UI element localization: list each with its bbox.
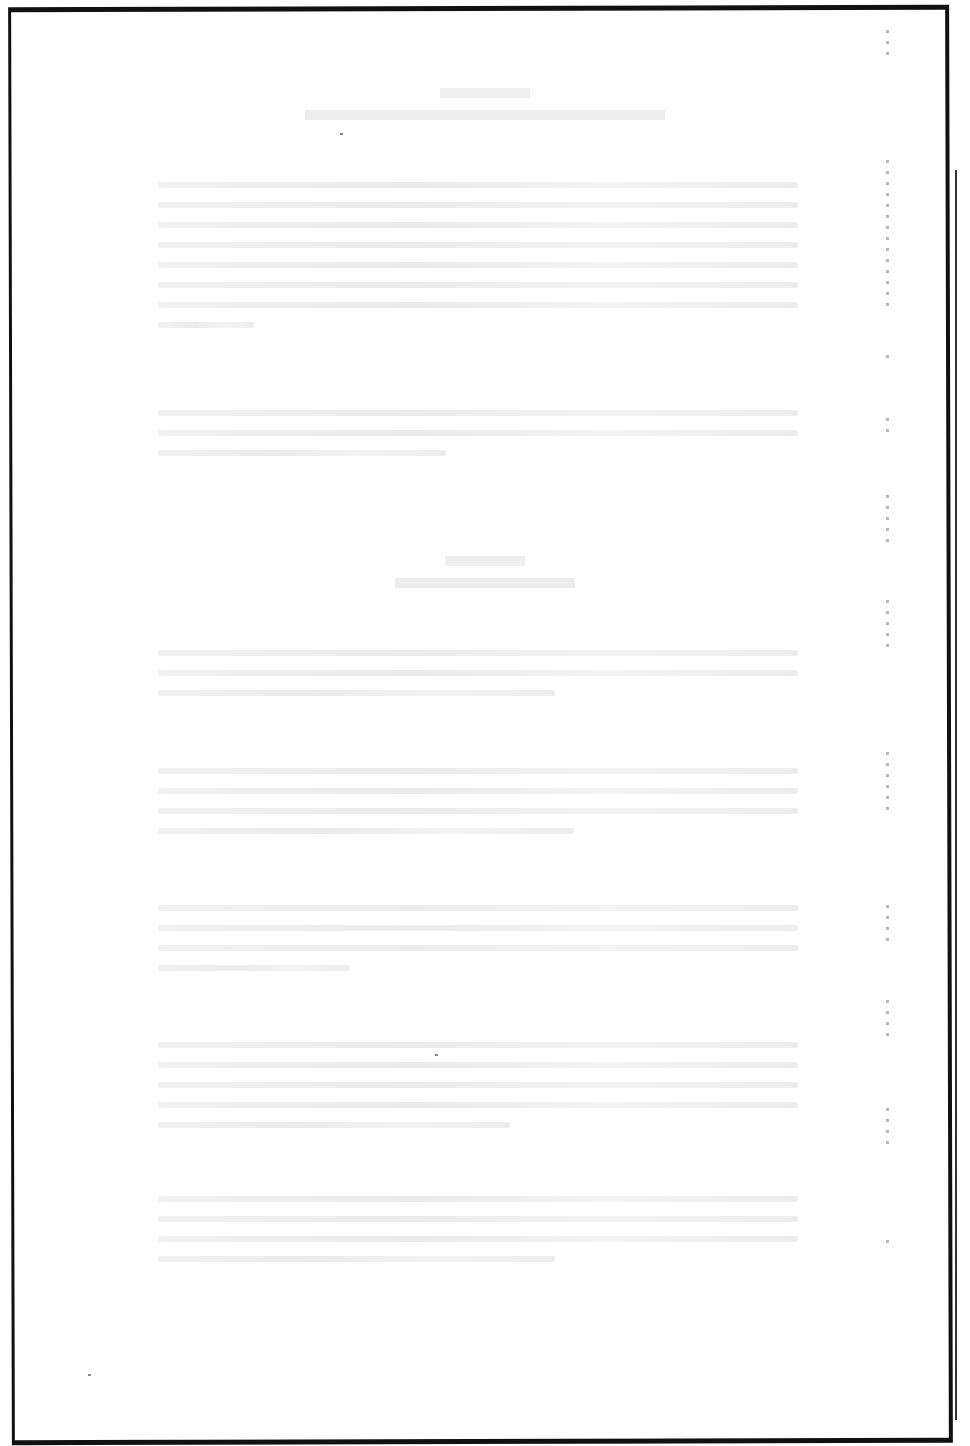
scan-speck [88, 1374, 91, 1376]
scan-speck [340, 133, 343, 135]
margin-marks [886, 495, 890, 550]
binding-edge [955, 170, 957, 1420]
paragraph [158, 650, 798, 710]
section-1-heading [0, 88, 970, 120]
margin-marks [886, 1108, 890, 1152]
margin-marks [886, 418, 890, 440]
scan-speck [435, 1054, 438, 1056]
paragraph [158, 768, 798, 848]
margin-marks [886, 752, 890, 818]
paragraph [158, 182, 798, 342]
section-2-heading [0, 556, 970, 588]
margin-marks [886, 30, 890, 63]
margin-marks [886, 600, 890, 655]
margin-marks [886, 905, 890, 949]
margin-marks [886, 355, 890, 366]
paragraph [158, 1196, 798, 1276]
paragraph [158, 905, 798, 985]
paragraph [158, 410, 798, 470]
margin-marks [886, 160, 890, 314]
margin-marks [886, 1240, 890, 1251]
margin-marks [886, 1000, 890, 1044]
paragraph [158, 1042, 798, 1142]
